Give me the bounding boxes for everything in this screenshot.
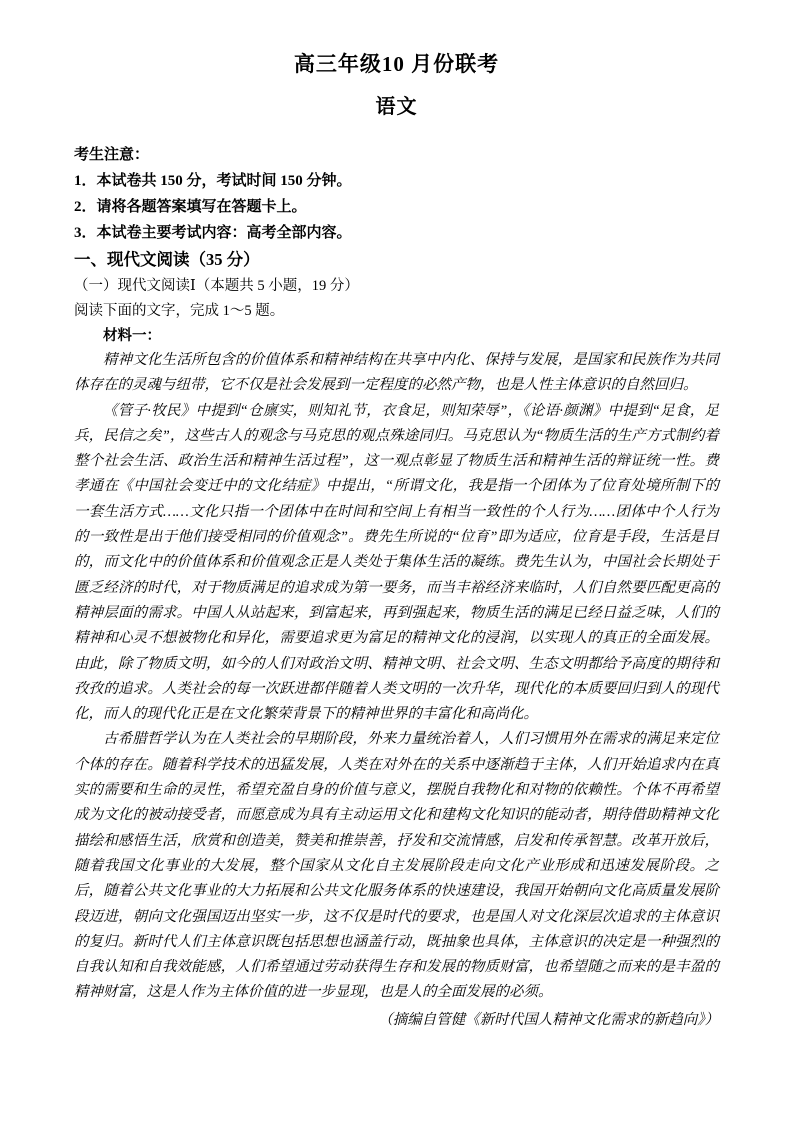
subsection-heading: （一）现代文阅读Ⅰ（本题共 5 小题，19 分） (74, 273, 719, 299)
material-one-label: 材料一： (74, 324, 719, 348)
page-title: 高三年级10 月份联考 (74, 50, 719, 78)
page-subtitle: 语文 (74, 94, 719, 120)
exam-paper-page: 高三年级10 月份联考 语文 考生注意： 1．本试卷共 150 分，考试时间 1… (0, 0, 793, 1122)
section-modern-text-reading: 一、现代文阅读（35 分） （一）现代文阅读Ⅰ（本题共 5 小题，19 分） 阅… (74, 246, 719, 1033)
material-paragraph-1: 精神文化生活所包含的价值体系和精神结构在共享中内化、保持与发展，是国家和民族作为… (74, 348, 719, 399)
notice-label: 考生注意： (74, 142, 719, 168)
notice-item-1: 1．本试卷共 150 分，考试时间 150 分钟。 (74, 168, 719, 194)
candidate-notice: 考生注意： 1．本试卷共 150 分，考试时间 150 分钟。 2．请将各题答案… (74, 142, 719, 246)
notice-item-3: 3．本试卷主要考试内容：高考全部内容。 (74, 220, 719, 246)
reading-instruction: 阅读下面的文字，完成 1～5 题。 (74, 299, 719, 324)
material-paragraph-3: 古希腊哲学认为在人类社会的早期阶段，外来力量统治着人，人们习惯用外在需求的满足来… (74, 727, 719, 1005)
section-heading: 一、现代文阅读（35 分） (74, 246, 719, 273)
material-paragraph-2: 《管子·牧民》中提到“仓廪实，则知礼节，衣食足，则知荣辱”，《论语·颜渊》中提到… (74, 399, 719, 728)
notice-item-2: 2．请将各题答案填写在答题卡上。 (74, 194, 719, 220)
source-attribution: （摘编自管健《新时代国人精神文化需求的新趋向》） (74, 1008, 719, 1033)
